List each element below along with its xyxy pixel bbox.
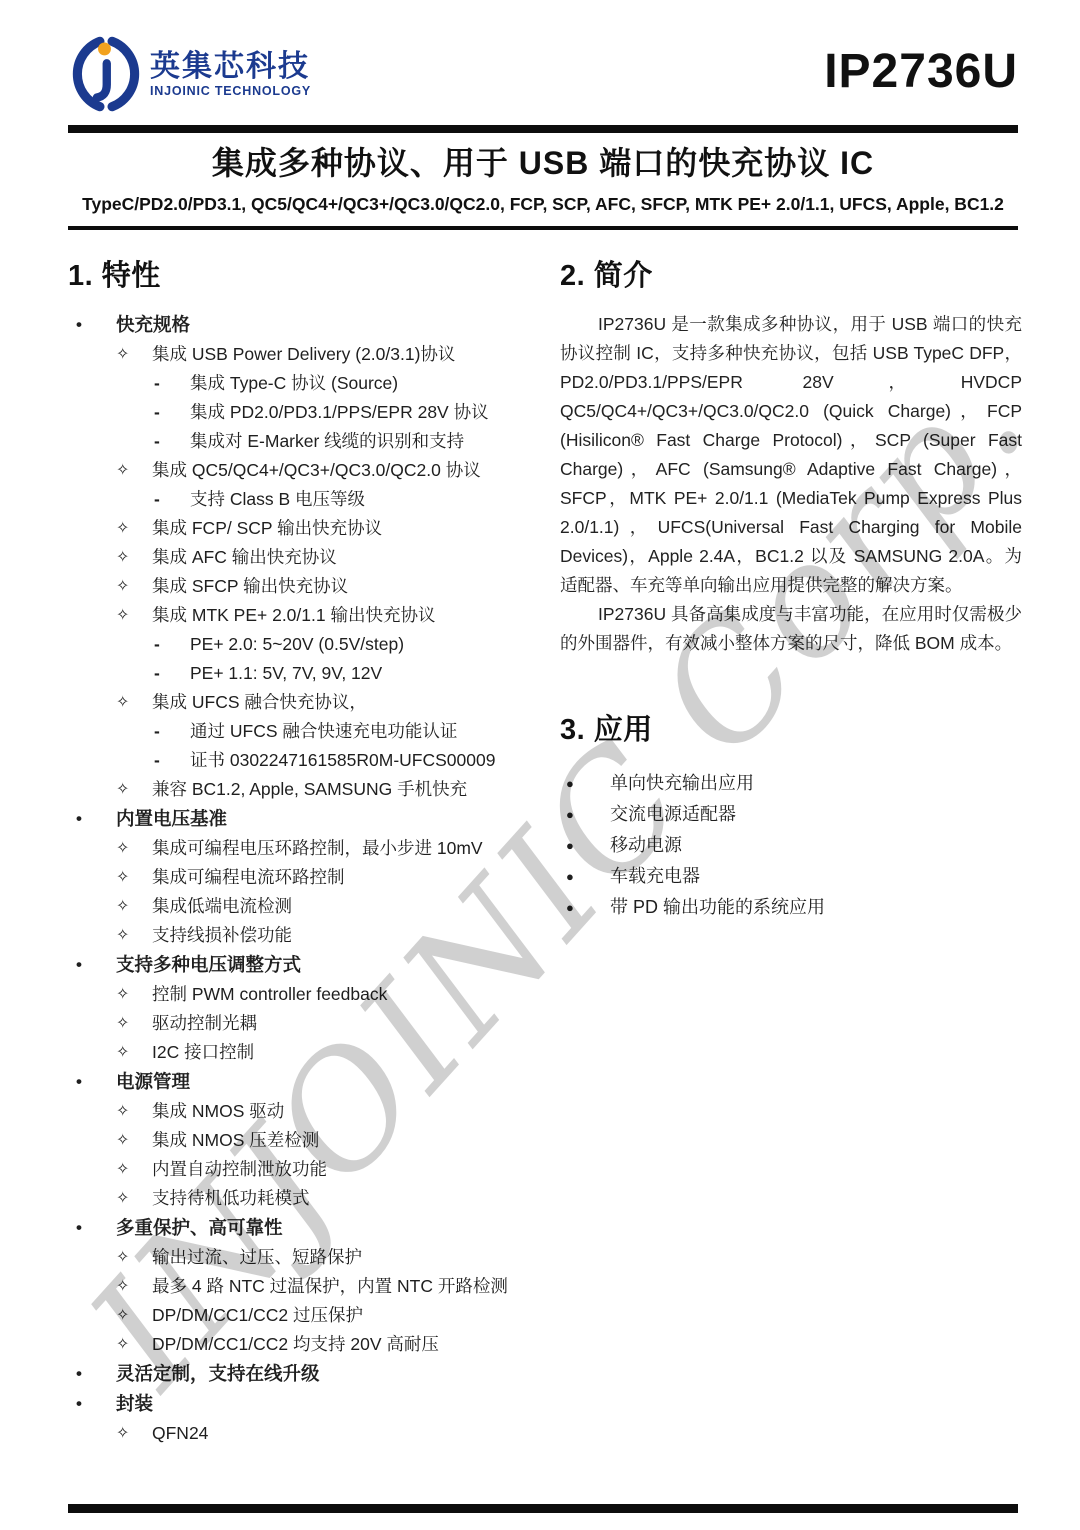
diamond-star-icon: ✧: [116, 775, 152, 804]
list-item: ✧内置自动控制泄放功能: [68, 1155, 524, 1184]
footer-bar: [68, 1504, 1018, 1513]
feature-item-text: 集成 AFC 输出快充协议: [152, 543, 337, 572]
features-groups: •快充规格✧集成 USB Power Delivery (2.0/3.1)协议-…: [68, 310, 524, 1448]
diamond-star-icon: ✧: [116, 1330, 152, 1359]
feature-group-title: 电源管理: [116, 1067, 190, 1097]
intro-paragraph-1: IP2736U 是一款集成多种协议，用于 USB 端口的快充协议控制 IC，支持…: [560, 310, 1022, 600]
feature-item-text: 驱动控制光耦: [152, 1009, 257, 1038]
applications-heading: 3. 应用: [560, 712, 1022, 748]
list-item: ✧集成 SFCP 输出快充协议: [68, 572, 524, 601]
dash-icon: -: [154, 369, 190, 398]
feature-item-text: 最多 4 路 NTC 过温保护，内置 NTC 开路检测: [152, 1272, 508, 1301]
feature-group: •内置电压基准: [68, 804, 524, 834]
feature-subitem-text: 通过 UFCS 融合快速充电功能认证: [190, 717, 457, 746]
diamond-star-icon: ✧: [116, 601, 152, 630]
diamond-star-icon: ✧: [116, 572, 152, 601]
list-item: ✧支持待机低功耗模式: [68, 1184, 524, 1213]
bullet-dot-icon: •: [68, 310, 116, 340]
list-item: -集成 PD2.0/PD3.1/PPS/EPR 28V 协议: [68, 398, 524, 427]
list-item: ✧集成 USB Power Delivery (2.0/3.1)协议: [68, 340, 524, 369]
feature-item-text: 输出过流、过压、短路保护: [152, 1243, 362, 1272]
bullet-dot-icon: •: [68, 1067, 116, 1097]
feature-item-text: 集成 USB Power Delivery (2.0/3.1)协议: [152, 340, 455, 369]
feature-subitem-text: PE+ 2.0: 5~20V (0.5V/step): [190, 630, 404, 659]
list-item: ✧集成可编程电压环路控制，最小步进 10mV: [68, 834, 524, 863]
part-number: IP2736U: [824, 48, 1018, 96]
list-item: ●移动电源: [560, 830, 1022, 861]
list-item: ✧输出过流、过压、短路保护: [68, 1243, 524, 1272]
list-item: ✧驱动控制光耦: [68, 1009, 524, 1038]
diamond-star-icon: ✧: [116, 1301, 152, 1330]
dash-icon: -: [154, 398, 190, 427]
feature-item-text: 集成 NMOS 压差检测: [152, 1126, 319, 1155]
feature-item-text: 集成 MTK PE+ 2.0/1.1 输出快充协议: [152, 601, 435, 630]
feature-item-text: 集成 QC5/QC4+/QC3+/QC3.0/QC2.0 协议: [152, 456, 481, 485]
bullet-dot-icon: •: [68, 1359, 116, 1389]
diamond-star-icon: ✧: [116, 1419, 152, 1448]
feature-subitem-text: 集成 Type-C 协议 (Source): [190, 369, 398, 398]
diamond-star-icon: ✧: [116, 340, 152, 369]
feature-subitem-text: 证书 0302247161585R0M-UFCS00009: [190, 746, 495, 775]
feature-subitem-text: PE+ 1.1: 5V, 7V, 9V, 12V: [190, 659, 382, 688]
feature-subitem-text: 支持 Class B 电压等级: [190, 485, 365, 514]
list-item: ✧集成 FCP/ SCP 输出快充协议: [68, 514, 524, 543]
list-item: ✧DP/DM/CC1/CC2 过压保护: [68, 1301, 524, 1330]
diamond-star-icon: ✧: [116, 1097, 152, 1126]
application-item-text: 交流电源适配器: [610, 799, 736, 830]
feature-item-text: 集成可编程电流环路控制: [152, 863, 345, 892]
feature-item-text: 支持线损补偿功能: [152, 921, 292, 950]
bullet-dot-icon: •: [68, 1389, 116, 1419]
bullet-dot-icon: •: [68, 804, 116, 834]
list-item: ✧集成可编程电流环路控制: [68, 863, 524, 892]
diamond-star-icon: ✧: [116, 834, 152, 863]
feature-item-text: 兼容 BC1.2, Apple, SAMSUNG 手机快充: [152, 775, 467, 804]
diamond-star-icon: ✧: [116, 892, 152, 921]
feature-item-text: DP/DM/CC1/CC2 过压保护: [152, 1301, 363, 1330]
list-item: -集成 Type-C 协议 (Source): [68, 369, 524, 398]
feature-group: •电源管理: [68, 1067, 524, 1097]
diamond-star-icon: ✧: [116, 1155, 152, 1184]
diamond-star-icon: ✧: [116, 1184, 152, 1213]
intro-heading: 2. 简介: [560, 258, 1022, 294]
applications-list: ●单向快充输出应用●交流电源适配器●移动电源●车载充电器●带 PD 输出功能的系…: [560, 768, 1022, 923]
list-item: ✧集成 NMOS 驱动: [68, 1097, 524, 1126]
list-item: ●车载充电器: [560, 861, 1022, 892]
list-item: ✧集成 MTK PE+ 2.0/1.1 输出快充协议: [68, 601, 524, 630]
page-header: 英集芯科技 INJOINIC TECHNOLOGY IP2736U: [68, 36, 1018, 112]
list-item: ✧集成 NMOS 压差检测: [68, 1126, 524, 1155]
intro-paragraph-2: IP2736U 具备高集成度与丰富功能，在应用时仅需极少的外围器件，有效减小整体…: [560, 600, 1022, 658]
feature-group-title: 内置电压基准: [116, 804, 227, 834]
dash-icon: -: [154, 717, 190, 746]
list-item: -PE+ 1.1: 5V, 7V, 9V, 12V: [68, 659, 524, 688]
content-columns: 1. 特性 •快充规格✧集成 USB Power Delivery (2.0/3…: [68, 252, 1022, 1448]
page-title: 集成多种协议、用于 USB 端口的快充协议 IC: [68, 138, 1018, 184]
logo-en-name: INJOINIC TECHNOLOGY: [150, 84, 311, 99]
feature-item-text: 集成 FCP/ SCP 输出快充协议: [152, 514, 382, 543]
bullet-dot-icon: •: [68, 950, 116, 980]
feature-group: •支持多种电压调整方式: [68, 950, 524, 980]
injoinic-logo-icon: [68, 36, 144, 112]
list-item: ✧最多 4 路 NTC 过温保护，内置 NTC 开路检测: [68, 1272, 524, 1301]
feature-item-text: 集成低端电流检测: [152, 892, 292, 921]
diamond-star-icon: ✧: [116, 514, 152, 543]
bullet-circle-icon: ●: [560, 799, 610, 830]
feature-subitem-text: 集成 PD2.0/PD3.1/PPS/EPR 28V 协议: [190, 398, 489, 427]
list-item: ✧I2C 接口控制: [68, 1038, 524, 1067]
list-item: ✧控制 PWM controller feedback: [68, 980, 524, 1009]
dash-icon: -: [154, 746, 190, 775]
list-item: ●交流电源适配器: [560, 799, 1022, 830]
logo-text: 英集芯科技 INJOINIC TECHNOLOGY: [150, 50, 311, 99]
feature-item-text: 支持待机低功耗模式: [152, 1184, 310, 1213]
bullet-dot-icon: •: [68, 1213, 116, 1243]
diamond-star-icon: ✧: [116, 863, 152, 892]
logo-cn-name: 英集芯科技: [150, 50, 311, 84]
application-item-text: 带 PD 输出功能的系统应用: [610, 892, 825, 923]
bullet-circle-icon: ●: [560, 892, 610, 923]
list-item: ✧集成 QC5/QC4+/QC3+/QC3.0/QC2.0 协议: [68, 456, 524, 485]
features-section: 1. 特性 •快充规格✧集成 USB Power Delivery (2.0/3…: [68, 252, 524, 1448]
list-item: ●带 PD 输出功能的系统应用: [560, 892, 1022, 923]
list-item: -集成对 E-Marker 线缆的识别和支持: [68, 427, 524, 456]
feature-item-text: 集成可编程电压环路控制，最小步进 10mV: [152, 834, 483, 863]
feature-subitem-text: 集成对 E-Marker 线缆的识别和支持: [190, 427, 464, 456]
list-item: ✧QFN24: [68, 1419, 524, 1448]
diamond-star-icon: ✧: [116, 1272, 152, 1301]
bullet-circle-icon: ●: [560, 768, 610, 799]
page-subtitle: TypeC/PD2.0/PD3.1, QC5/QC4+/QC3+/QC3.0/Q…: [68, 194, 1018, 215]
list-item: ✧兼容 BC1.2, Apple, SAMSUNG 手机快充: [68, 775, 524, 804]
bullet-circle-icon: ●: [560, 830, 610, 861]
feature-item-text: DP/DM/CC1/CC2 均支持 20V 高耐压: [152, 1330, 439, 1359]
feature-group-title: 灵活定制，支持在线升级: [116, 1359, 320, 1389]
diamond-star-icon: ✧: [116, 980, 152, 1009]
dash-icon: -: [154, 427, 190, 456]
feature-group-title: 支持多种电压调整方式: [116, 950, 301, 980]
list-item: ✧DP/DM/CC1/CC2 均支持 20V 高耐压: [68, 1330, 524, 1359]
features-heading: 1. 特性: [68, 258, 524, 294]
feature-group: •灵活定制，支持在线升级: [68, 1359, 524, 1389]
diamond-star-icon: ✧: [116, 1038, 152, 1067]
list-item: ✧集成 AFC 输出快充协议: [68, 543, 524, 572]
datasheet-page: 英集芯科技 INJOINIC TECHNOLOGY IP2736U 集成多种协议…: [0, 0, 1080, 1530]
list-item: ✧集成低端电流检测: [68, 892, 524, 921]
list-item: ✧支持线损补偿功能: [68, 921, 524, 950]
diamond-star-icon: ✧: [116, 1126, 152, 1155]
application-item-text: 单向快充输出应用: [610, 768, 754, 799]
feature-item-text: QFN24: [152, 1419, 208, 1448]
title-divider: [68, 226, 1018, 230]
feature-item-text: 集成 SFCP 输出快充协议: [152, 572, 348, 601]
intro-section: 2. 简介 IP2736U 是一款集成多种协议，用于 USB 端口的快充协议控制…: [560, 252, 1022, 1448]
diamond-star-icon: ✧: [116, 1243, 152, 1272]
application-item-text: 车载充电器: [610, 861, 700, 892]
feature-group-title: 快充规格: [116, 310, 190, 340]
list-item: -证书 0302247161585R0M-UFCS00009: [68, 746, 524, 775]
bullet-circle-icon: ●: [560, 861, 610, 892]
diamond-star-icon: ✧: [116, 921, 152, 950]
list-item: -PE+ 2.0: 5~20V (0.5V/step): [68, 630, 524, 659]
dash-icon: -: [154, 630, 190, 659]
feature-item-text: 集成 NMOS 驱动: [152, 1097, 284, 1126]
list-item: ●单向快充输出应用: [560, 768, 1022, 799]
list-item: -通过 UFCS 融合快速充电功能认证: [68, 717, 524, 746]
diamond-star-icon: ✧: [116, 543, 152, 572]
feature-group: •封装: [68, 1389, 524, 1419]
dash-icon: -: [154, 485, 190, 514]
dash-icon: -: [154, 659, 190, 688]
feature-group-title: 封装: [116, 1389, 153, 1419]
list-item: -支持 Class B 电压等级: [68, 485, 524, 514]
feature-item-text: 内置自动控制泄放功能: [152, 1155, 327, 1184]
logo-orange-dot: [98, 42, 111, 55]
injoinic-logo: 英集芯科技 INJOINIC TECHNOLOGY: [68, 36, 311, 112]
header-divider: [68, 125, 1018, 133]
application-item-text: 移动电源: [610, 830, 682, 861]
feature-group: •快充规格: [68, 310, 524, 340]
feature-item-text: I2C 接口控制: [152, 1038, 254, 1067]
feature-item-text: 控制 PWM controller feedback: [152, 980, 387, 1009]
diamond-star-icon: ✧: [116, 688, 152, 717]
diamond-star-icon: ✧: [116, 1009, 152, 1038]
diamond-star-icon: ✧: [116, 456, 152, 485]
list-item: ✧集成 UFCS 融合快充协议，: [68, 688, 524, 717]
feature-group-title: 多重保护、高可靠性: [116, 1213, 283, 1243]
feature-group: •多重保护、高可靠性: [68, 1213, 524, 1243]
feature-item-text: 集成 UFCS 融合快充协议，: [152, 688, 367, 717]
